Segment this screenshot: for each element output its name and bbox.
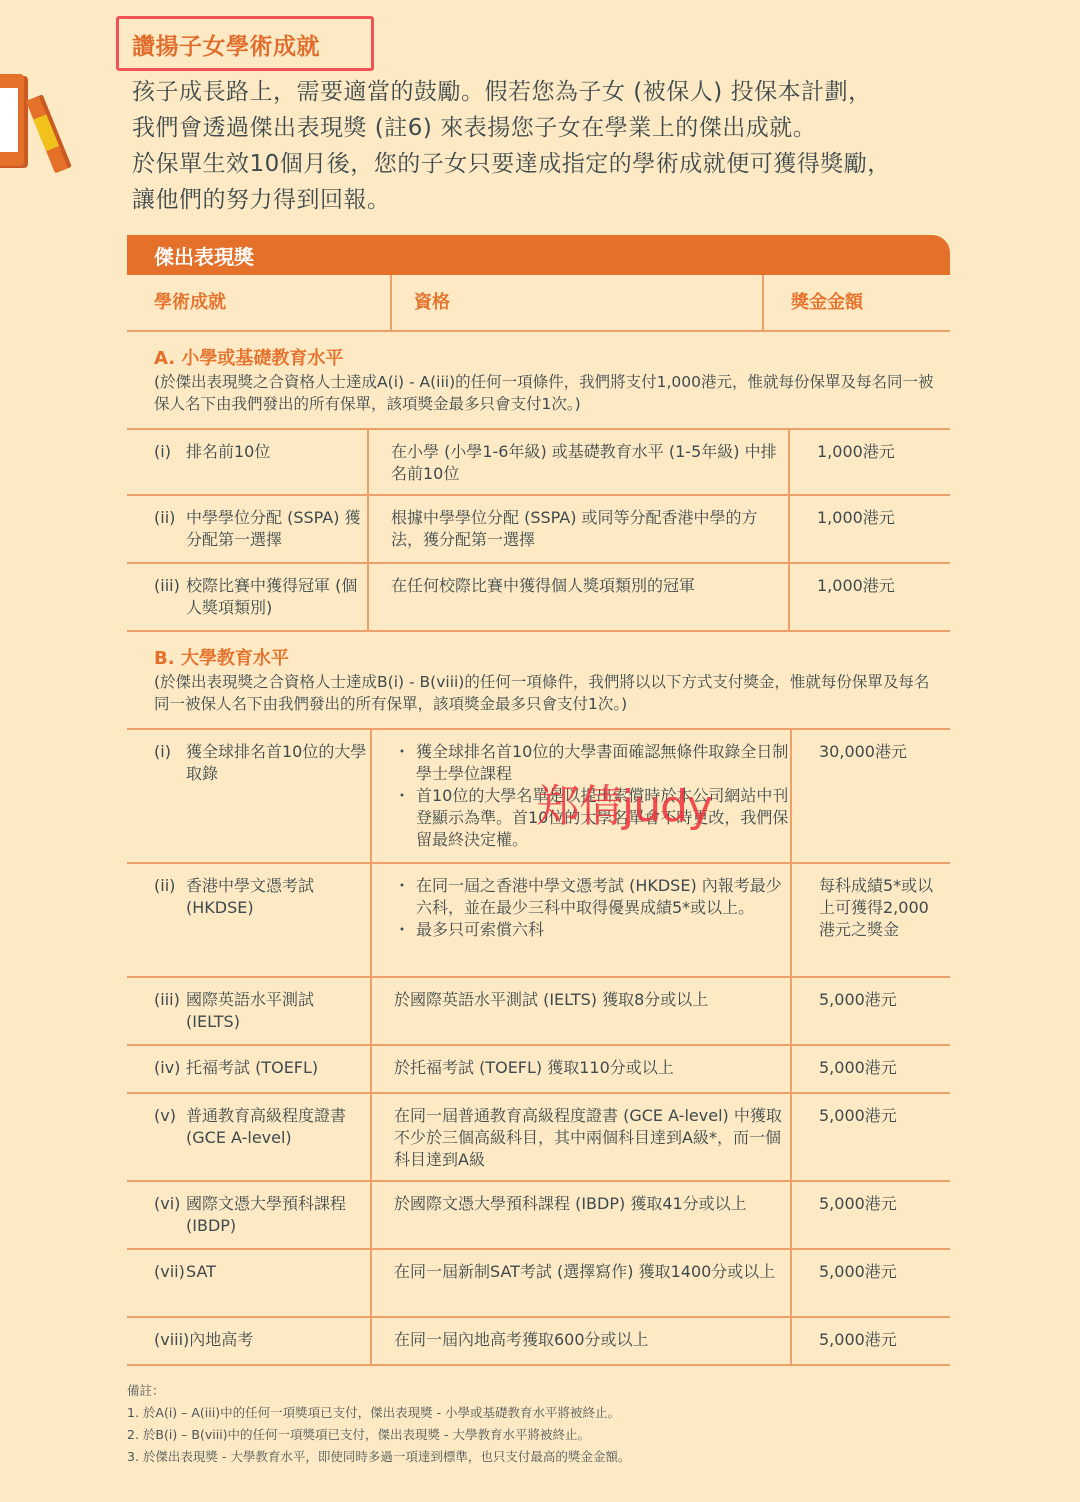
- footnotes: 備註： 1. 於A(i) – A(iii)中的任何一項獎項已支付，傑出表現獎 -…: [127, 1380, 630, 1468]
- footnotes-heading: 備註：: [127, 1380, 630, 1402]
- row-number: (viii): [154, 1329, 189, 1351]
- table-row: (i)排名前10位 在小學 (小學1-6年級) 或基礎教育水平 (1-5年級) …: [127, 430, 950, 496]
- table-row: (viii)內地高考 在同一屆內地高考獲取600分或以上 5,000港元: [127, 1318, 950, 1366]
- row-number: (ii): [154, 875, 186, 919]
- row-amount: 1,000港元: [790, 564, 950, 630]
- footnote-item: 3. 於傑出表現獎 - 大學教育水平，即使同時多過一項達到標準，也只支付最高的獎…: [127, 1446, 630, 1468]
- bullet-icon: ・: [394, 741, 416, 785]
- row-achievement: 校際比賽中獲得冠軍 (個人獎項類別): [186, 575, 367, 619]
- bullet-icon: ・: [394, 919, 416, 941]
- row-amount: 5,000港元: [792, 1250, 950, 1316]
- row-number: (iii): [154, 575, 186, 619]
- bullet-text: 首10位的大學名單是以提出索償時於本公司網站中刊登顯示為準。首10位的大學名單會…: [416, 785, 790, 851]
- row-amount: 30,000港元: [792, 730, 950, 862]
- table-row: (v)普通教育高級程度證書 (GCE A-level) 在同一屆普通教育高級程度…: [127, 1094, 950, 1182]
- column-header-amount: 獎金金額: [764, 275, 950, 330]
- table-row: (i)獲全球排名首10位的大學取錄 ・獲全球排名首10位的大學書面確認無條件取錄…: [127, 730, 950, 864]
- table-row: (ii)中學學位分配 (SSPA) 獲分配第一選擇 根據中學學位分配 (SSPA…: [127, 496, 950, 564]
- row-amount: 1,000港元: [790, 430, 950, 494]
- section-title: B. 大學教育水平: [154, 647, 950, 671]
- bullet-icon: ・: [394, 785, 416, 851]
- row-achievement: 香港中學文憑考試 (HKDSE): [186, 875, 370, 919]
- bullet-icon: ・: [394, 875, 416, 919]
- row-qualification: 在同一屆普通教育高級程度證書 (GCE A-level) 中獲取不少於三個高級科…: [372, 1094, 792, 1180]
- section-a-header: A. 小學或基礎教育水平 (於傑出表現獎之合資格人士達成A(i) - A(iii…: [127, 332, 950, 430]
- row-amount: 5,000港元: [792, 1046, 950, 1092]
- row-qualification: 在任何校際比賽中獲得個人獎項類別的冠軍: [369, 564, 790, 630]
- table-row: (iii)校際比賽中獲得冠軍 (個人獎項類別) 在任何校際比賽中獲得個人獎項類別…: [127, 564, 950, 632]
- row-qualification: 於托福考試 (TOEFL) 獲取110分或以上: [372, 1046, 792, 1092]
- table-row: (vi)國際文憑大學預科課程 (IBDP) 於國際文憑大學預科課程 (IBDP)…: [127, 1182, 950, 1250]
- row-number: (ii): [154, 507, 186, 551]
- row-achievement: 內地高考: [189, 1329, 253, 1351]
- table-row: (iii)國際英語水平測試 (IELTS) 於國際英語水平測試 (IELTS) …: [127, 978, 950, 1046]
- bullet-text: 在同一屆之香港中學文憑考試 (HKDSE) 內報考最少六科，並在最少三科中取得優…: [416, 875, 790, 919]
- section-title: A. 小學或基礎教育水平: [154, 347, 950, 371]
- intro-line: 讓他們的努力得到回報。: [132, 182, 1012, 218]
- row-number: (vii): [154, 1261, 186, 1283]
- row-qualification: 在小學 (小學1-6年級) 或基礎教育水平 (1-5年級) 中排名前10位: [369, 430, 790, 494]
- row-amount: 5,000港元: [792, 1318, 950, 1364]
- row-achievement: 中學學位分配 (SSPA) 獲分配第一選擇: [186, 507, 367, 551]
- row-qualification: 在同一屆新制SAT考試 (選擇寫作) 獲取1400分或以上: [372, 1250, 792, 1316]
- row-achievement: 國際英語水平測試 (IELTS): [186, 989, 370, 1033]
- column-header-achievement: 學術成就: [127, 275, 392, 330]
- row-achievement: 排名前10位: [186, 441, 270, 463]
- row-qualification: 根據中學學位分配 (SSPA) 或同等分配香港中學的方法，獲分配第一選擇: [369, 496, 790, 562]
- column-headers: 學術成就 資格 獎金金額: [127, 275, 950, 332]
- row-amount: 5,000港元: [792, 978, 950, 1044]
- page-title: 讚揚子女學術成就: [132, 28, 320, 61]
- bullet-text: 獲全球排名首10位的大學書面確認無條件取錄全日制學士學位課程: [416, 741, 790, 785]
- row-amount: 5,000港元: [792, 1182, 950, 1248]
- row-achievement: 國際文憑大學預科課程 (IBDP): [186, 1193, 370, 1237]
- row-qualification: 在同一屆內地高考獲取600分或以上: [372, 1318, 792, 1364]
- row-number: (iii): [154, 989, 186, 1033]
- section-note: (於傑出表現獎之合資格人士達成B(i) - B(viii)的任何一項條件，我們將…: [154, 671, 950, 715]
- row-number: (i): [154, 741, 186, 785]
- row-achievement: 普通教育高級程度證書 (GCE A-level): [186, 1105, 370, 1149]
- row-amount: 每科成績5*或以上可獲得2,000港元之獎金: [792, 864, 950, 976]
- bullet-text: 最多只可索償六科: [416, 919, 544, 941]
- table-row: (iv)托福考試 (TOEFL) 於托福考試 (TOEFL) 獲取110分或以上…: [127, 1046, 950, 1094]
- row-qualification: ・獲全球排名首10位的大學書面確認無條件取錄全日制學士學位課程 ・首10位的大學…: [372, 730, 792, 862]
- row-qualification: 於國際英語水平測試 (IELTS) 獲取8分或以上: [372, 978, 792, 1044]
- row-qualification: ・在同一屆之香港中學文憑考試 (HKDSE) 內報考最少六科，並在最少三科中取得…: [372, 864, 792, 976]
- row-number: (iv): [154, 1057, 186, 1079]
- row-achievement: 獲全球排名首10位的大學取錄: [186, 741, 370, 785]
- intro-line: 我們會透過傑出表現獎 (註6) 來表揚您子女在學業上的傑出成就。: [132, 110, 1012, 146]
- award-table: 傑出表現獎 學術成就 資格 獎金金額 A. 小學或基礎教育水平 (於傑出表現獎之…: [127, 235, 950, 1366]
- column-header-qualification: 資格: [392, 275, 764, 330]
- row-qualification: 於國際文憑大學預科課程 (IBDP) 獲取41分或以上: [372, 1182, 792, 1248]
- table-row: (ii)香港中學文憑考試 (HKDSE) ・在同一屆之香港中學文憑考試 (HKD…: [127, 864, 950, 978]
- row-amount: 5,000港元: [792, 1094, 950, 1180]
- table-title: 傑出表現獎: [127, 235, 950, 275]
- row-number: (v): [154, 1105, 186, 1149]
- intro-line: 孩子成長路上，需要適當的鼓勵。假若您為子女 (被保人) 投保本計劃，: [132, 74, 1012, 110]
- row-achievement: SAT: [186, 1261, 216, 1283]
- row-amount: 1,000港元: [790, 496, 950, 562]
- intro-paragraph: 孩子成長路上，需要適當的鼓勵。假若您為子女 (被保人) 投保本計劃， 我們會透過…: [132, 74, 1012, 218]
- row-number: (vi): [154, 1193, 186, 1237]
- section-b-header: B. 大學教育水平 (於傑出表現獎之合資格人士達成B(i) - B(viii)的…: [127, 632, 950, 730]
- row-number: (i): [154, 441, 186, 463]
- row-achievement: 托福考試 (TOEFL): [186, 1057, 318, 1079]
- intro-line: 於保單生效10個月後，您的子女只要達成指定的學術成就便可獲得獎勵，: [132, 146, 1012, 182]
- section-note: (於傑出表現獎之合資格人士達成A(i) - A(iii)的任何一項條件，我們將支…: [154, 371, 950, 415]
- footnote-item: 2. 於B(i) – B(viii)中的任何一項獎項已支付，傑出表現獎 - 大學…: [127, 1424, 630, 1446]
- books-illustration: [0, 74, 80, 174]
- footnote-item: 1. 於A(i) – A(iii)中的任何一項獎項已支付，傑出表現獎 - 小學或…: [127, 1402, 630, 1424]
- table-row: (vii)SAT 在同一屆新制SAT考試 (選擇寫作) 獲取1400分或以上 5…: [127, 1250, 950, 1318]
